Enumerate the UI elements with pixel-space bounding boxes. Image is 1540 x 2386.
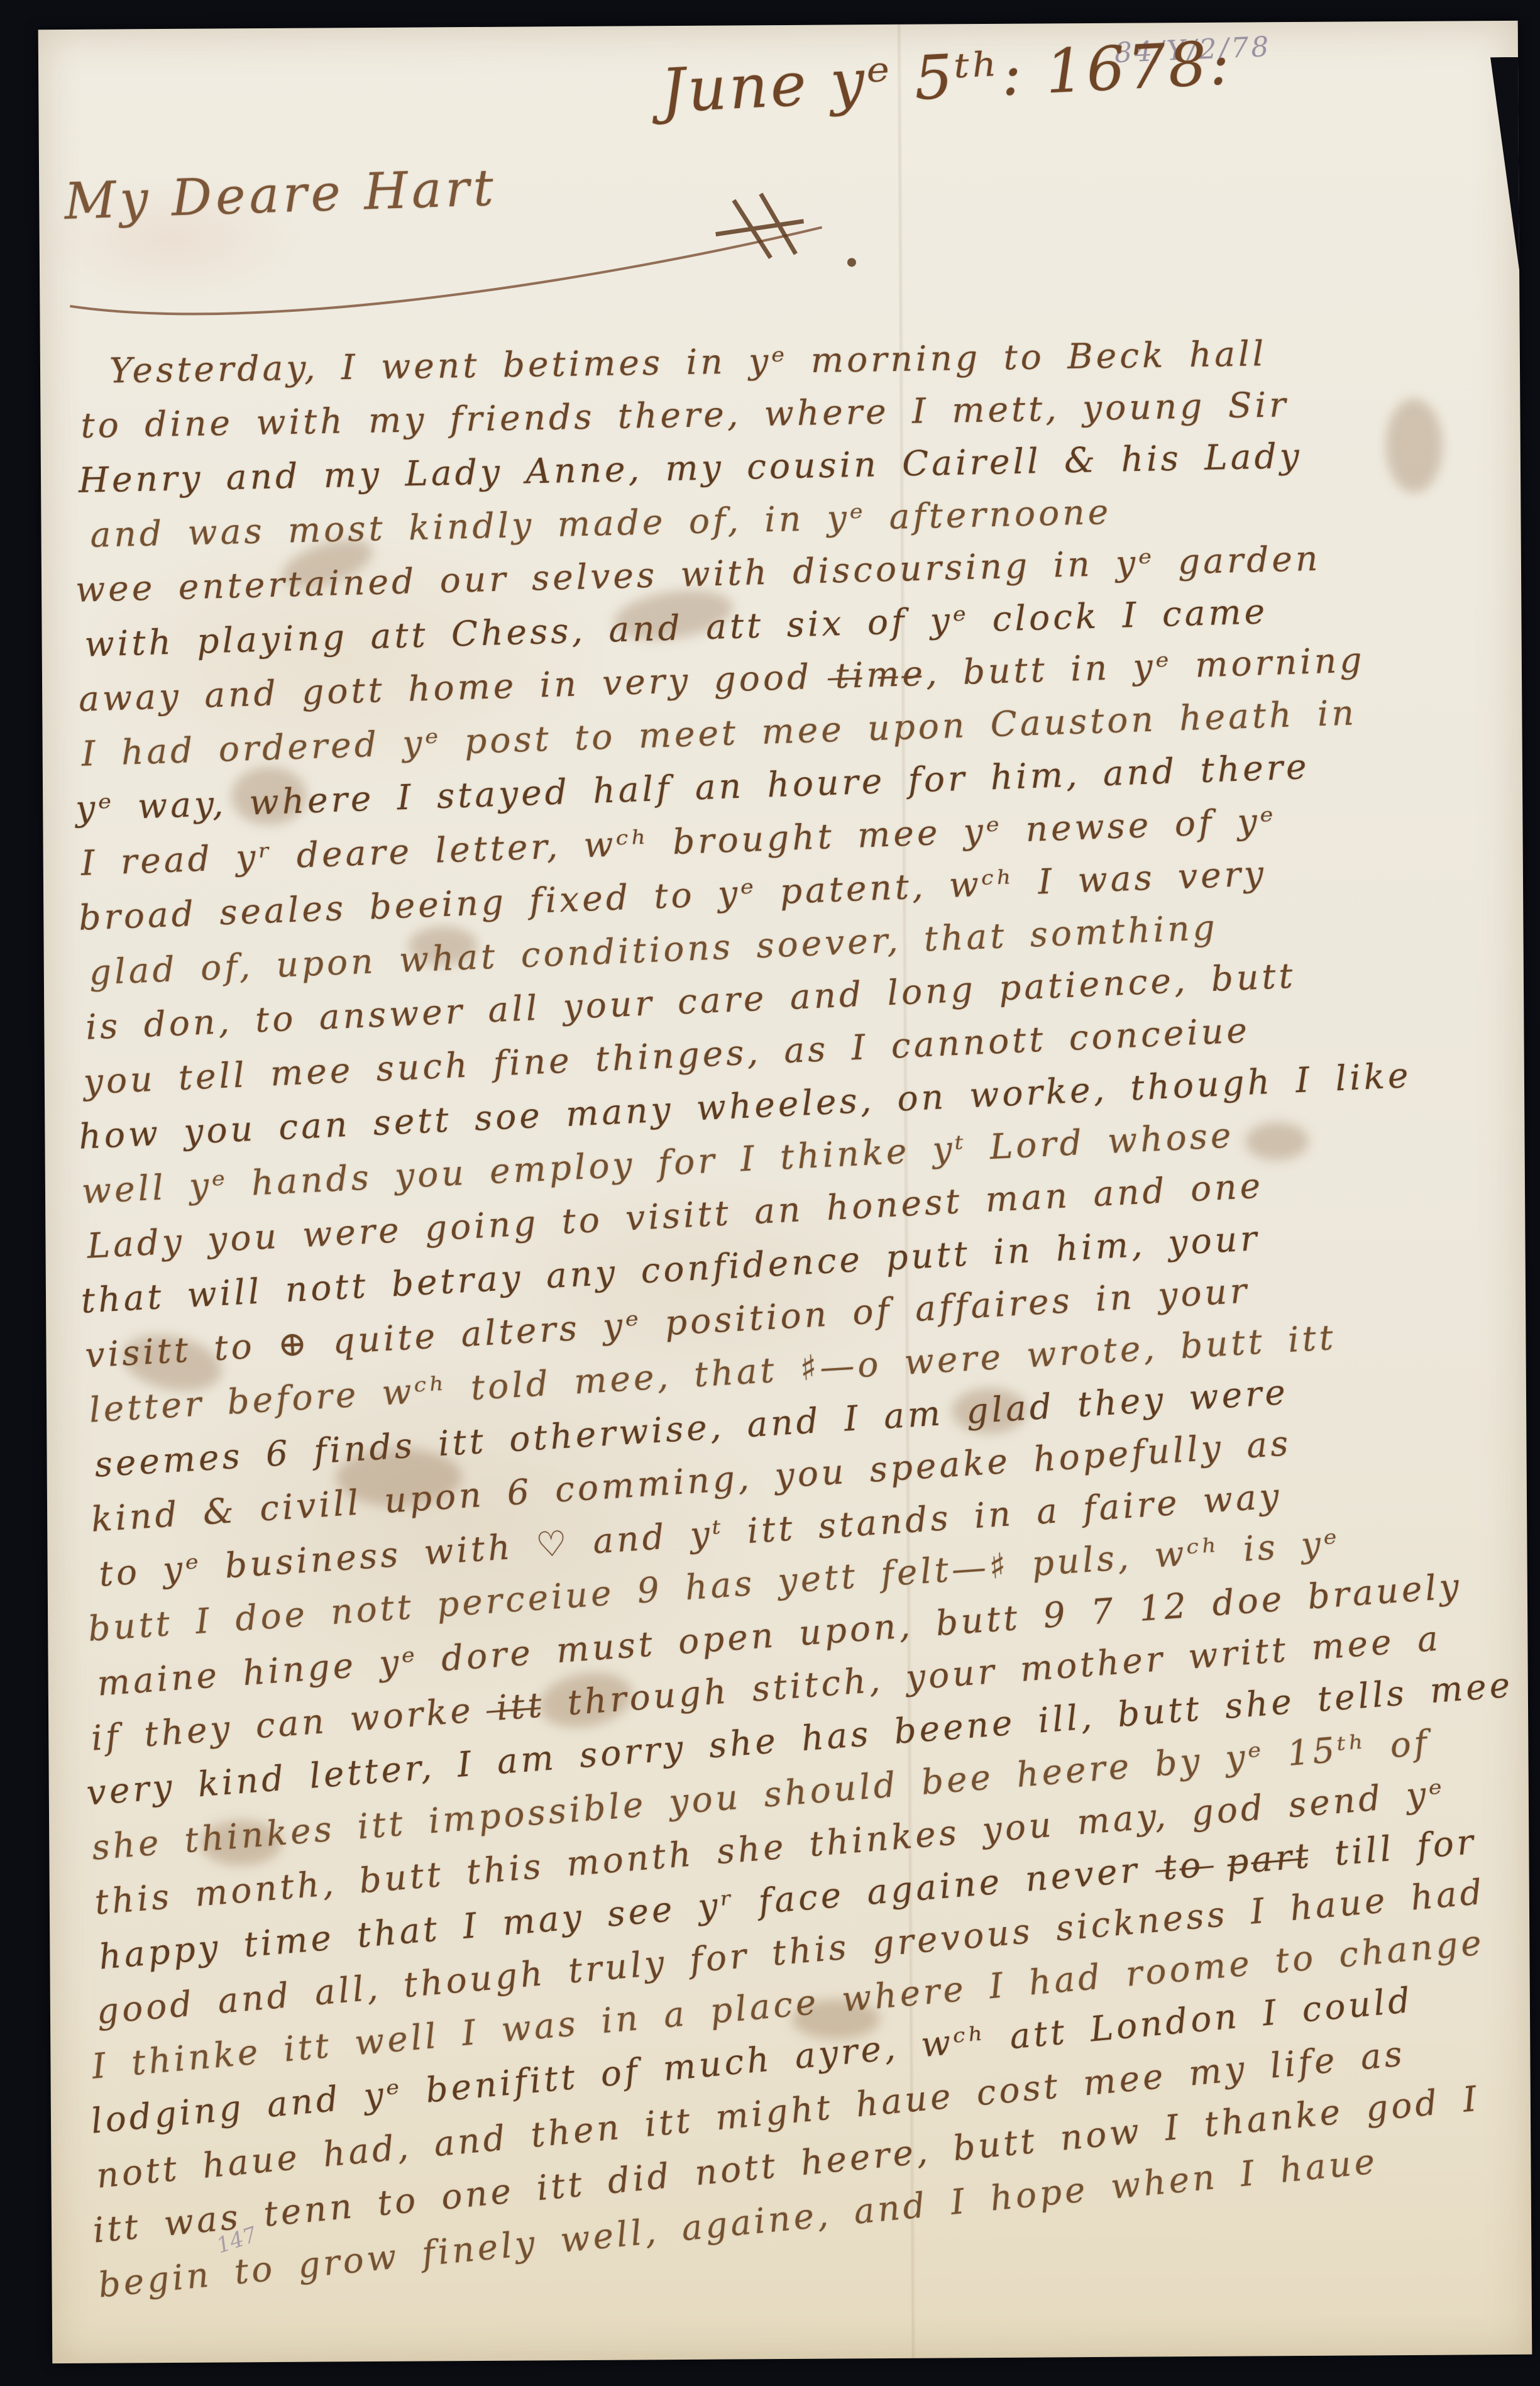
paper-corner-shadow xyxy=(1490,57,1522,290)
letter-body: Yesterday, I went betimes in yᵉ morning … xyxy=(73,335,1524,2313)
letter-paper: 84/Y/2/78 June yᵉ 5ᵗʰ: 1678: My Deare Ha… xyxy=(38,21,1532,2363)
manuscript-photo: 84/Y/2/78 June yᵉ 5ᵗʰ: 1678: My Deare Ha… xyxy=(0,0,1540,2386)
salutation-underline-flourish xyxy=(58,182,913,331)
letter-date: June yᵉ 5ᵗʰ: 1678: xyxy=(659,28,1234,126)
